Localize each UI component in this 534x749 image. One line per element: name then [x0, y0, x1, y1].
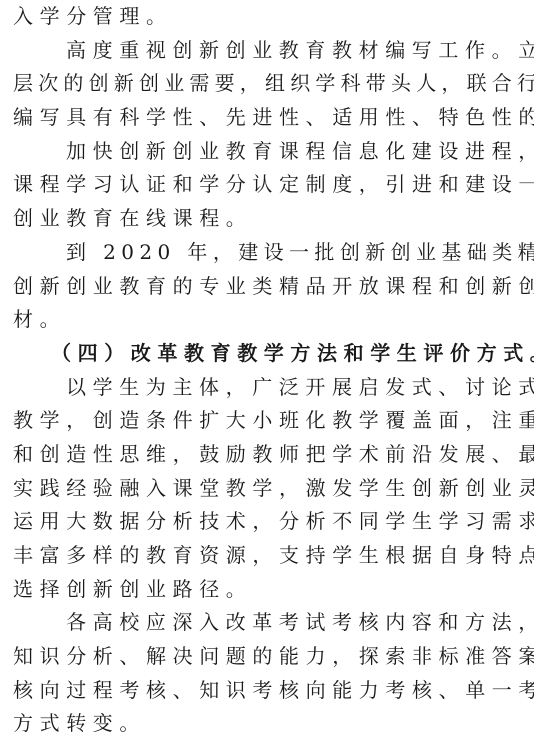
text-line: 教学，创造条件扩大小班化教学覆盖面，注重培养学生的批判性 — [13, 404, 525, 438]
text-line: 方式转变。 — [13, 707, 525, 741]
paragraph-textbook-writing: 高度重视创新创业教育教材编写工作。立足不同类型、不同 层次的创新创业需要，组织学… — [13, 34, 525, 135]
text-line: 创业教育在线课程。 — [13, 202, 525, 236]
text-line: 到 2020 年，建设一批创新创业基础类精品开放课程、融入 — [13, 236, 525, 270]
text-line: 核向过程考核、知识考核向能力考核、单一考核方式向多种考核 — [13, 674, 525, 708]
paragraph-2020-goal: 到 2020 年，建设一批创新创业基础类精品开放课程、融入 创新创业教育的专业类… — [13, 236, 525, 337]
text-line: 编写具有科学性、先进性、适用性、特色性的重点教材。 — [13, 101, 525, 135]
text-line: 和创造性思维，鼓励教师把学术前沿发展、最新研究成果和创新 — [13, 438, 525, 472]
text-line: 选择创新创业路径。 — [13, 573, 525, 607]
text-line: 实践经验融入课堂教学，激发学生创新创业灵感。各高校应积极 — [13, 472, 525, 506]
document-page: 入学分管理。 高度重视创新创业教育教材编写工作。立足不同类型、不同 层次的创新创… — [13, 0, 525, 741]
text-line: 各高校应深入改革考试考核内容和方法，注重考查学生运用 — [13, 606, 525, 640]
text-line: 层次的创新创业需要，组织学科带头人，联合行业企业优秀人才， — [13, 67, 525, 101]
paragraph-continuation: 入学分管理。 — [13, 0, 525, 34]
text-line: 加快创新创业教育课程信息化建设进程，探索建立在线开放 — [13, 135, 525, 169]
section-heading-4: （四）改革教育教学方法和学生评价方式。 — [13, 337, 525, 371]
paragraph-online-courses: 加快创新创业教育课程信息化建设进程，探索建立在线开放 课程学习认证和学分认定制度… — [13, 135, 525, 236]
text-line: 以学生为主体，广泛开展启发式、讨论式、参与式和项目化 — [13, 371, 525, 405]
text-line: 课程学习认证和学分认定制度，引进和建设一批资源共享的创新 — [13, 168, 525, 202]
text-line: 丰富多样的教育资源，支持学生根据自身特点和发展志趣，自主 — [13, 539, 525, 573]
text-line: 创新创业教育的专业类精品开放课程和创新创业教育重点规划教 — [13, 270, 525, 304]
text-line: 材。 — [13, 303, 525, 337]
paragraph-teaching-methods: 以学生为主体，广泛开展启发式、讨论式、参与式和项目化 教学，创造条件扩大小班化教… — [13, 371, 525, 607]
text-line: 运用大数据分析技术，分析不同学生学习需求和规律，提供更加 — [13, 505, 525, 539]
text-line: 知识分析、解决问题的能力，探索非标准答案考试，促进结果考 — [13, 640, 525, 674]
paragraph-exam-reform: 各高校应深入改革考试考核内容和方法，注重考查学生运用 知识分析、解决问题的能力，… — [13, 606, 525, 741]
section-heading: （四）改革教育教学方法和学生评价方式。 — [13, 337, 525, 371]
text-line: 入学分管理。 — [13, 0, 525, 34]
text-line: 高度重视创新创业教育教材编写工作。立足不同类型、不同 — [13, 34, 525, 68]
